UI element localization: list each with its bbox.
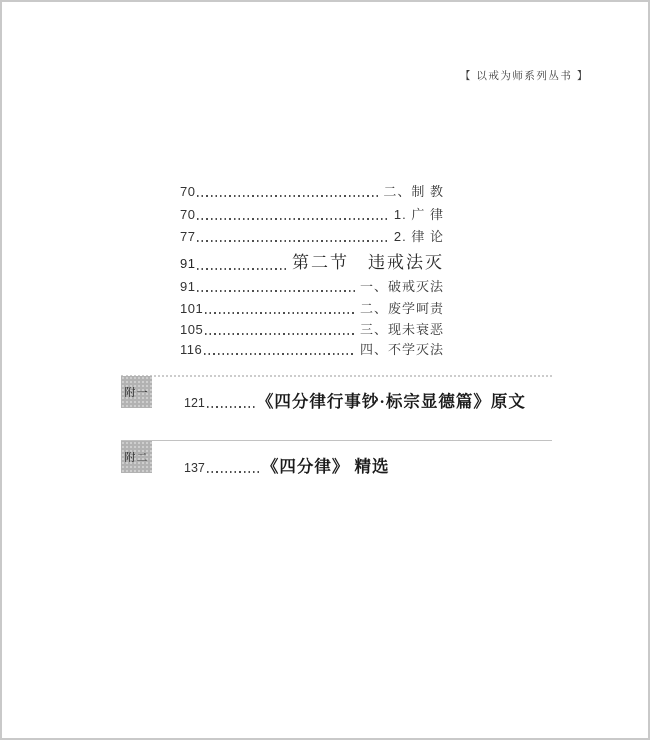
toc-row: 70 1. 广 律 <box>180 208 444 222</box>
dot-leader <box>197 290 355 292</box>
toc-entry-label: 二、废学呵责 <box>360 302 444 316</box>
appendix-row: 137 《四分律》 精选 <box>184 458 389 476</box>
appendix-title: 《四分律行事钞·标宗显德篇》原文 <box>257 393 526 411</box>
toc-entry-label: 1. 广 律 <box>394 208 444 222</box>
toc-row-section: 91 第二节 违戒法灭 <box>180 254 444 272</box>
dot-leader <box>207 471 260 473</box>
toc-page-number: 101 <box>180 302 203 316</box>
dot-leader <box>204 353 355 355</box>
appendix-title: 《四分律》 精选 <box>262 458 390 476</box>
appendix-row: 121 《四分律行事钞·标宗显德篇》原文 <box>184 393 526 411</box>
dot-leader <box>207 406 255 408</box>
dot-leader <box>197 240 388 242</box>
dot-leader <box>205 312 355 314</box>
toc-row: 91 一、破戒灭法 <box>180 280 444 294</box>
series-header: 【 以戒为师系列丛书 】 <box>460 68 595 83</box>
appendix-tab: 附一 <box>121 376 152 408</box>
toc-row: 101 二、废学呵责 <box>180 302 444 316</box>
toc-page-number: 77 <box>180 230 195 244</box>
toc-page-number: 70 <box>180 185 195 199</box>
dot-leader <box>197 195 378 197</box>
appendix-tab: 附二 <box>121 441 152 473</box>
dot-leader <box>197 268 287 270</box>
toc-page-number: 105 <box>180 323 203 337</box>
toc-entry-label: 2. 律 论 <box>394 230 444 244</box>
appendix-page-number: 121 <box>184 396 205 410</box>
toc-row: 77 2. 律 论 <box>180 230 444 244</box>
toc-entry-label: 三、现未衰恶 <box>360 323 444 337</box>
book-page: 【 以戒为师系列丛书 】 70 二、制 教 70 1. 广 律 77 2. 律 … <box>0 0 650 740</box>
toc-page-number: 91 <box>180 280 195 294</box>
appendix-page-number: 137 <box>184 461 205 475</box>
toc-page-number: 116 <box>180 343 202 357</box>
appendix-rule <box>121 375 552 377</box>
toc-row: 105 三、现未衰恶 <box>180 323 444 337</box>
toc-page-number: 91 <box>180 257 195 271</box>
toc-page-number: 70 <box>180 208 195 222</box>
toc-row: 70 二、制 教 <box>180 185 444 199</box>
toc-entry-label: 一、破戒灭法 <box>360 280 444 294</box>
dot-leader <box>197 218 388 220</box>
appendix-rule <box>121 440 552 441</box>
dot-leader <box>205 333 355 335</box>
toc-row: 116 四、不学灭法 <box>180 343 444 357</box>
toc-entry-label: 二、制 教 <box>383 185 444 199</box>
toc-section-label: 第二节 违戒法灭 <box>292 254 444 272</box>
toc-entry-label: 四、不学灭法 <box>360 343 444 357</box>
